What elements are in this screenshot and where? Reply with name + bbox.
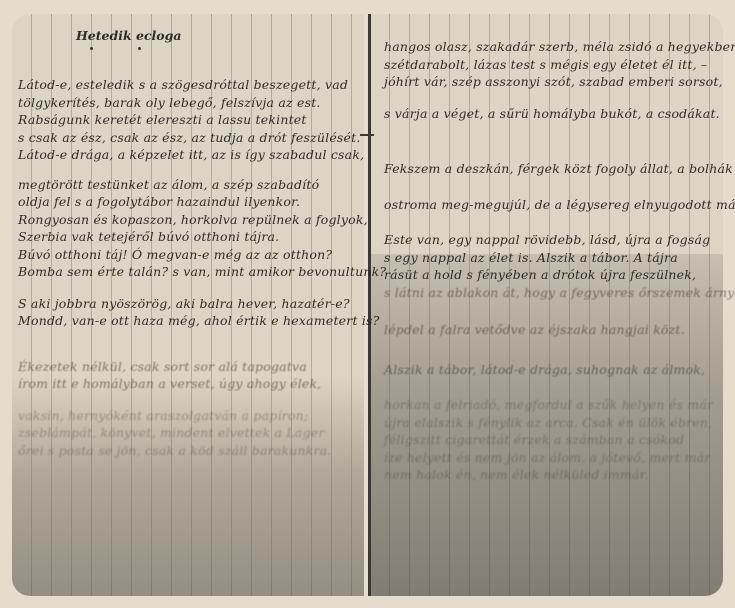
manuscript-line: őrei s posta se jön, csak a köd száll ba…: [18, 442, 358, 460]
manuscript-line: jóhírt vár, szép asszonyi szót, szabad e…: [384, 73, 719, 91]
manuscript-line: horkan a felriadó, megfordul a szűk hely…: [384, 396, 719, 414]
manuscript-line: s csak az ész, csak az ész, az tudja a d…: [18, 129, 358, 147]
manuscript-line: s várja a véget, a sűrü homályba bukót, …: [384, 105, 719, 123]
manuscript-line: Mondd, van-e ott haza még, ahol értik e …: [18, 312, 358, 330]
manuscript-line: oldja fel s a fogolytábor hazaindul ilye…: [18, 193, 358, 211]
manuscript-line: íze helyett és nem jön az álom, a jótevő…: [384, 449, 719, 467]
manuscript-line: Látod-e, esteledik s a szögesdróttal bes…: [18, 76, 358, 94]
manuscript-line: s látni az ablakon át, hogy a fegyveres …: [384, 284, 719, 302]
manuscript-line: féligszitt cigarettát érzek a számban a …: [384, 431, 719, 449]
manuscript-line: hangos olasz, szakadár szerb, méla zsidó…: [384, 38, 719, 56]
manuscript-line: lépdel a falra vetődve az éjszaka hangja…: [384, 321, 719, 339]
manuscript-line: vaksin, hernyóként araszolgatván a papír…: [18, 407, 358, 425]
manuscript-line: írom itt e homályban a verset, úgy ahogy…: [18, 375, 358, 393]
manuscript-line: Látod-e drága, a képzelet itt, az is így…: [18, 146, 358, 164]
manuscript-line: Rongyosan és kopaszon, horkolva repülnek…: [18, 211, 358, 229]
manuscript-line: Szerbia vak tetejéről búvó otthoni tájra…: [18, 228, 358, 246]
manuscript-line: Búvó otthoni táj! Ó megvan-e még az az o…: [18, 246, 358, 264]
manuscript-line: ostroma meg-megujúl, de a légysereg elny…: [384, 196, 719, 214]
manuscript-line: Alszik a tábor, látod-e drága, suhognak …: [384, 361, 719, 379]
title-underline-dots: [90, 47, 150, 51]
manuscript-line: zseblámpát, könyvet, mindent elvettek a …: [18, 424, 358, 442]
manuscript-line: tölgykerítés, barak oly lebegő, felszívj…: [18, 94, 358, 112]
binding-line: [368, 14, 371, 596]
manuscript-line: s egy nappal az élet is. Alszik a tábor.…: [384, 249, 719, 267]
manuscript-line: szétdarabolt, lázas test s mégis egy éle…: [384, 56, 719, 74]
manuscript-line: S aki jobbra nyöszörög, aki balra hever,…: [18, 295, 358, 313]
right-page-text: hangos olasz, szakadár szerb, méla zsidó…: [384, 38, 719, 484]
notebook-spread: Hetedik ecloga Látod-e, esteledik s a sz…: [0, 0, 735, 608]
manuscript-line: rásüt a hold s fényében a drótok újra fe…: [384, 266, 719, 284]
left-page-text: Látod-e, esteledik s a szögesdróttal bes…: [18, 76, 358, 459]
manuscript-line: nem halok én, nem élek nélküled immár.: [384, 466, 719, 484]
manuscript-line: újra elalszik s fénylik az arca. Csak én…: [384, 414, 719, 432]
poem-title: Hetedik ecloga: [76, 28, 181, 43]
manuscript-line: Fekszem a deszkán, férgek közt fogoly ál…: [384, 160, 719, 178]
manuscript-line: Bomba sem érte talán? s van, mint amikor…: [18, 263, 358, 281]
manuscript-line: megtörött testünket az álom, a szép szab…: [18, 176, 358, 194]
manuscript-line: Este van, egy nappal rövidebb, lásd, újr…: [384, 231, 719, 249]
binding-tick-mark: [360, 134, 374, 136]
manuscript-line: Rabságunk keretét elereszti a lassu teki…: [18, 111, 358, 129]
manuscript-line: Ékezetek nélkül, csak sort sor alá tapog…: [18, 358, 358, 376]
